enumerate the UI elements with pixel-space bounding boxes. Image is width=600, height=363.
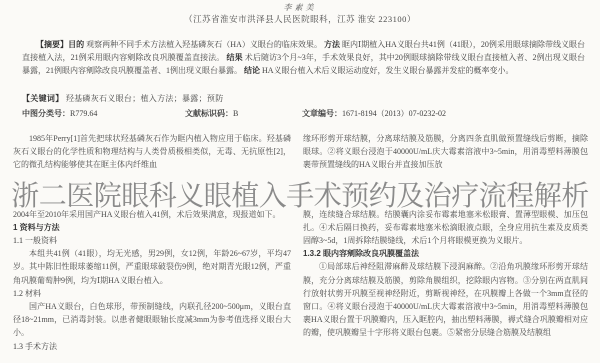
procedure-continuation-1: 缘环形剪开球结膜，分离球结膜及筋膜，分离四条直肌做预置缝线后剪断，摘除眼球。②将… — [303, 132, 588, 172]
scanned-paper-page: 李素美 （江苏省淮安市洪泽县人民医院眼科，江苏 淮安 223100） 【摘要】目… — [0, 0, 600, 363]
body-column-left: 1985年Perry[1]首先把球状羟基磷灰石作为眶内植入物应用于临床。羟基磷灰… — [13, 132, 291, 363]
doc-code: 文献标识码：B — [185, 108, 238, 119]
abstract-conclusion-label: 结论 — [244, 66, 260, 75]
intro-paragraph: 1985年Perry[1]首先把球状羟基磷灰石作为眶内植入物应用于临床。羟基磷灰… — [13, 132, 291, 172]
subsection-general-data: 1.1 一般资料 — [13, 234, 291, 247]
evisceration-paragraph: ①局部球后神经阻滞麻醉及球结膜下浸润麻醉。②沿角巩膜缘环形剪开球结膜，充分分离球… — [303, 260, 588, 339]
abstract-objective-label: 目的 — [68, 40, 84, 49]
abstract-results-label: 结果 — [226, 53, 242, 62]
section-heading-methods: 1 资料与方法 — [13, 221, 291, 234]
general-data-paragraph: 本组共41例（41眼），均无光感，男29例，女12例，年龄26~67岁，平均47… — [13, 247, 291, 287]
abstract-methods-label: 方法 — [324, 40, 340, 49]
doc-code-value: B — [233, 109, 238, 118]
keywords-text: 羟基磷灰石义眼台；植入方法；暴露；预防 — [66, 94, 224, 103]
article-number: 文章编号：1671-8194（2013）07-0232-02 — [302, 108, 446, 119]
author-name: 李素美 — [0, 2, 600, 13]
clc-label: 中图分类号： — [22, 109, 70, 118]
subsection-materials: 1.2 材料 — [13, 287, 291, 300]
body-column-right: 缘环形剪开球结膜，分离球结膜及筋膜，分离四条直肌做预置缝线后剪断，摘除眼球。②将… — [303, 132, 588, 363]
article-number-value: 1671-8194（2013）07-0232-02 — [342, 109, 446, 118]
clc-value: R779.64 — [70, 109, 97, 118]
materials-paragraph: 国产HA义眼台，白色球形，带预制缝线，内联孔径200~500μm，义眼台直径18… — [13, 300, 291, 340]
subsection-surgical-method: 1.3 手术方法 — [13, 340, 291, 353]
doc-code-label: 文献标识码： — [185, 109, 233, 118]
abstract-paragraph: 【摘要】目的 观察两种不同手术方法植入羟基磷灰石（HA）义眼台的临床效果。 方法… — [22, 39, 585, 77]
clc-number: 中图分类号：R779.64 — [22, 108, 97, 119]
abstract-conclusion-text: HA义眼台植入术后义眼运动度好，发生义眼台暴露并发症的概率变小。 — [262, 66, 514, 75]
abstract-label: 【摘要】 — [36, 40, 68, 49]
keywords-label: 【关键词】 — [22, 94, 64, 103]
abstract-objective-text: 观察两种不同手术方法植入羟基磷灰石（HA）义眼台的临床效果。 — [86, 40, 322, 49]
article-meta-line: 中图分类号：R779.64 文献标识码：B 文章编号：1671-8194（201… — [0, 108, 600, 120]
author-affiliation: （江苏省淮安市洪泽县人民医院眼科，江苏 淮安 223100） — [0, 13, 600, 25]
overlay-title: 浙二医院眼科义眼植入手术预约及治疗流程解析 — [0, 174, 600, 214]
keywords-line: 【关键词】 羟基磷灰石义眼台；植入方法；暴露；预防 — [22, 93, 585, 104]
article-number-label: 文章编号： — [302, 109, 342, 118]
subsection-evisceration-method: 1.3.2 眼内容剜除改良巩膜覆盖法 — [303, 247, 588, 260]
